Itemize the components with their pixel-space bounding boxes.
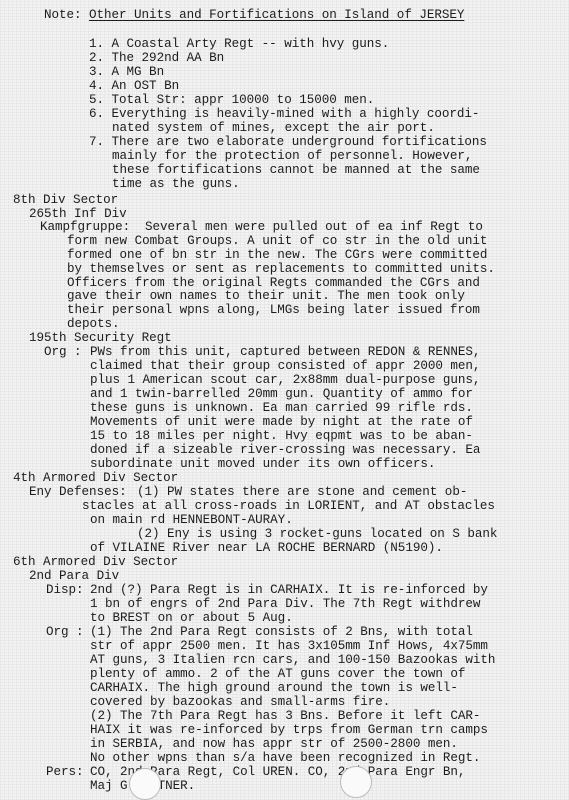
paragraph-line: plus 1 American scout car, 2x88mm dual-p… xyxy=(90,373,480,387)
paragraph-line: doned if a sizeable river-crossing was n… xyxy=(90,443,480,457)
punch-hole xyxy=(129,768,161,800)
paragraph-line: (1) PW states there are stone and cement… xyxy=(137,485,467,499)
paragraph-line: stacles at all cross-roads in LORIENT, a… xyxy=(82,499,495,513)
paragraph-line: AT guns, 3 Italien rcn cars, and 100-150… xyxy=(90,653,495,667)
sector-heading: 6th Armored Div Sector xyxy=(13,555,178,569)
paragraph-line: their personal wpns along, LMGs being la… xyxy=(67,303,480,317)
unit-heading: 195th Security Regt xyxy=(29,331,172,345)
paragraph-line: claimed that their group consisted of ap… xyxy=(90,359,480,373)
jersey-item: 4. An OST Bn xyxy=(89,79,179,93)
paragraph-line: (1) The 2nd Para Regt consists of 2 Bns,… xyxy=(90,625,473,639)
unit-heading: 2nd Para Div xyxy=(29,569,119,583)
punch-hole xyxy=(340,766,372,798)
paragraph-line: Movements of unit were made by night at … xyxy=(90,415,473,429)
jersey-item-cont: nated system of mines, except the air po… xyxy=(112,121,435,135)
jersey-item: 5. Total Str: appr 10000 to 15000 men. xyxy=(89,93,374,107)
paragraph-line: 1 bn of engrs of 2nd Para Div. The 7th R… xyxy=(90,597,480,611)
org-label: Org : xyxy=(44,345,82,359)
defenses-label: Eny Defenses: xyxy=(29,485,127,499)
paragraph-line: to BREST on or about 5 Aug. xyxy=(90,611,293,625)
paragraph-line: depots. xyxy=(67,317,120,331)
disp-label: Disp: xyxy=(46,583,84,597)
org-label: Org : xyxy=(46,625,84,639)
jersey-item-cont: these fortifications cannot be manned at… xyxy=(112,163,480,177)
paragraph-line: 15 to 18 miles per night. Hvy eqpmt was … xyxy=(90,429,473,443)
paragraph-line: these guns is unknown. Ea man carried 99… xyxy=(90,401,473,415)
paragraph-line: covered by bazookas and small-arms fire. xyxy=(90,695,390,709)
sector-heading: 4th Armored Div Sector xyxy=(13,471,178,485)
paragraph-line: form new Combat Groups. A unit of co str… xyxy=(67,234,487,248)
note-label: Note: xyxy=(44,8,82,22)
paragraph-line: of VILAINE River near LA ROCHE BERNARD (… xyxy=(90,541,443,555)
pers-label: Pers: xyxy=(46,765,84,779)
paragraph-line: No other wpns than s/a have been recogni… xyxy=(90,751,480,765)
jersey-item: 1. A Coastal Arty Regt -- with hvy guns. xyxy=(89,37,389,51)
paragraph-line: PWs from this unit, captured between RED… xyxy=(90,345,480,359)
paragraph-line: HAIX it was re-inforced by trps from Ger… xyxy=(90,723,488,737)
kampfgruppe-label: Kampfgruppe: xyxy=(40,220,130,234)
sector-heading: 8th Div Sector xyxy=(13,193,118,207)
typed-document-page: Note: Other Units and Fortifications on … xyxy=(0,0,569,800)
jersey-item: 2. The 292nd AA Bn xyxy=(89,51,224,65)
jersey-item: 7. There are two elaborate underground f… xyxy=(89,135,487,149)
unit-heading: 265th Inf Div xyxy=(29,207,127,221)
jersey-item: 6. Everything is heavily-mined with a hi… xyxy=(89,107,479,121)
paragraph-line: subordinate unit moved under its own off… xyxy=(90,457,435,471)
paragraph-line: in SERBIA, and now has appr str of 2500-… xyxy=(90,737,458,751)
paragraph-line: CARHAIX. The high ground around the town… xyxy=(90,681,458,695)
jersey-item-cont: time as the guns. xyxy=(112,177,240,191)
note-title: Other Units and Fortifications on Island… xyxy=(89,8,464,22)
paragraph-line: Officers from the original Regts command… xyxy=(67,276,480,290)
paragraph-line: str of appr 2500 men. It has 3x105mm Inf… xyxy=(90,639,488,653)
paragraph-line: gave their own names to their unit. The … xyxy=(67,289,465,303)
paragraph-line: on main rd HENNEBONT-AURAY. xyxy=(90,513,293,527)
paragraph-line: and 1 twin-barrelled 20mm gun. Quantity … xyxy=(90,387,473,401)
paragraph-line: Several men were pulled out of ea inf Re… xyxy=(145,220,483,234)
jersey-item-cont: mainly for the protection of personnel. … xyxy=(112,149,472,163)
paragraph-line: formed one of bn str in the new. The CGr… xyxy=(67,248,487,262)
paragraph-line: by themselves or sent as replacements to… xyxy=(67,262,495,276)
paragraph-line: 2nd (?) Para Regt is in CARHAIX. It is r… xyxy=(90,583,488,597)
paragraph-line: (2) Eny is using 3 rocket-guns located o… xyxy=(137,527,497,541)
paragraph-line: plenty of ammo. 2 of the AT guns cover t… xyxy=(90,667,465,681)
jersey-item: 3. A MG Bn xyxy=(89,65,164,79)
paragraph-line: (2) The 7th Para Regt has 3 Bns. Before … xyxy=(90,709,480,723)
